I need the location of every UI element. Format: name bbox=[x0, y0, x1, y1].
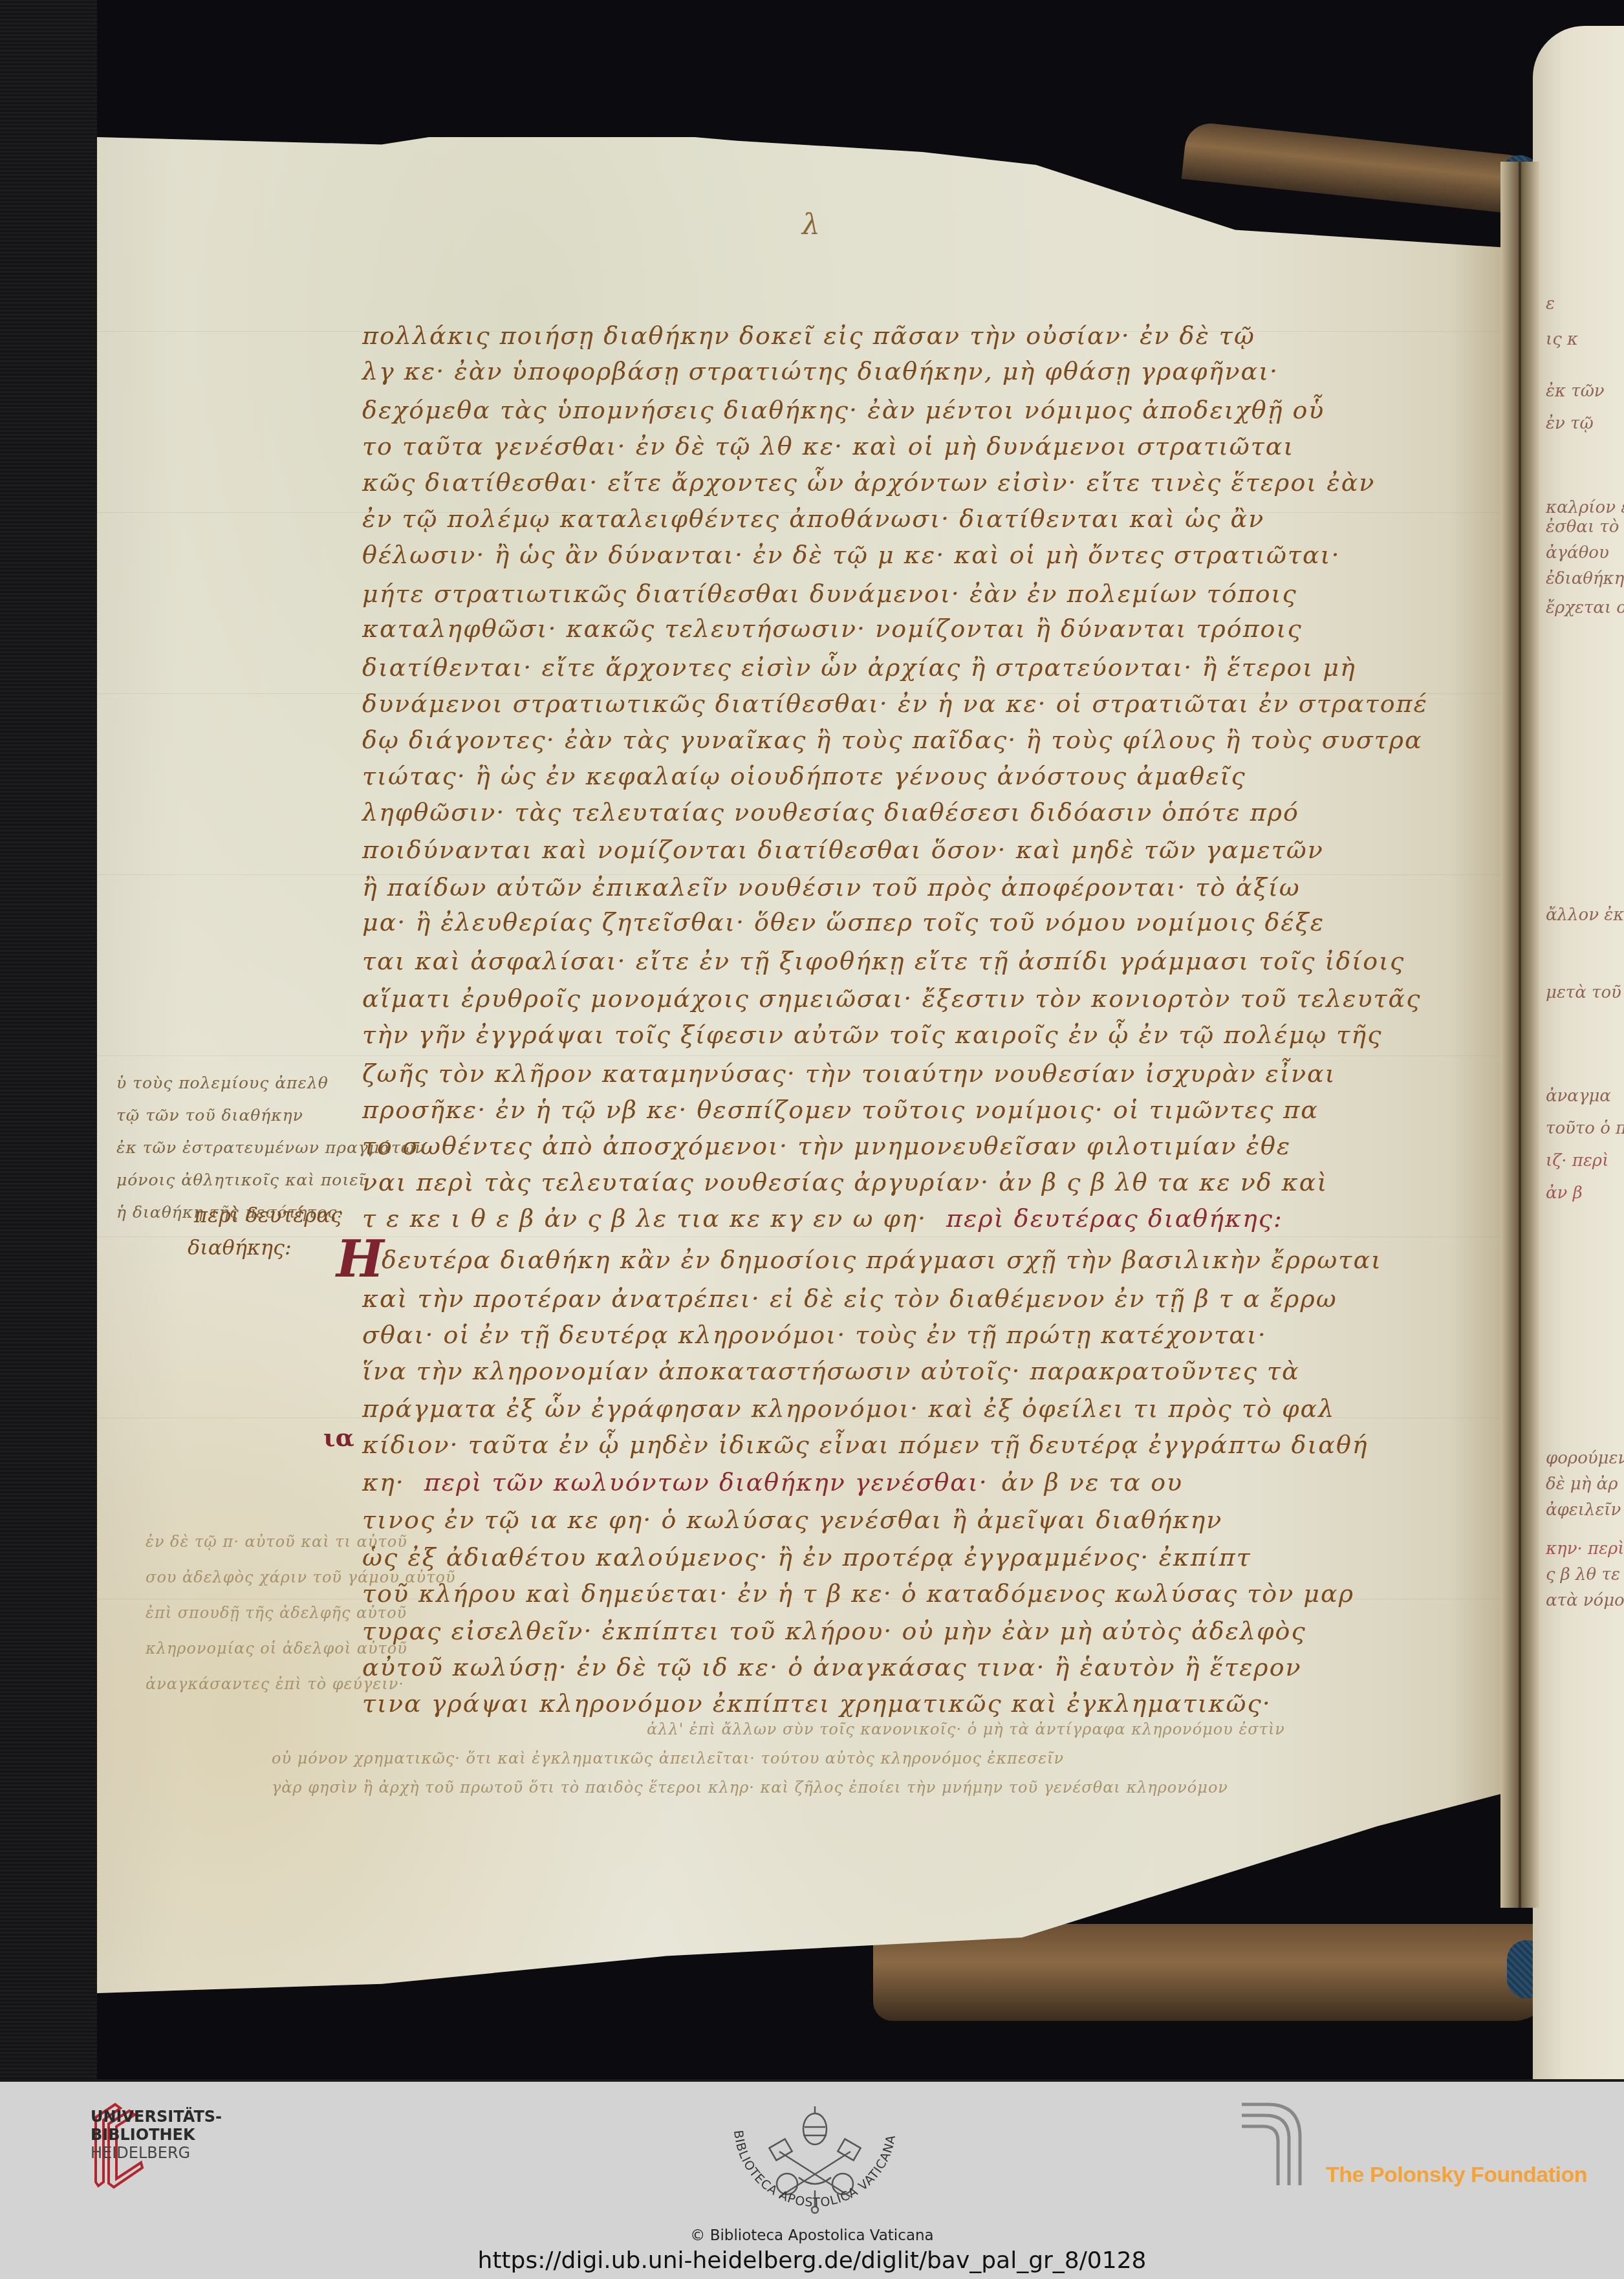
margin-note-line: ἐπὶ σπουδῇ τῆς ἀδελφῆς αὐτοῦ bbox=[146, 1604, 407, 1622]
line-text: τινος ἐν τῷ ια κε φη· ὁ κωλύσας γενέσθαι… bbox=[362, 1506, 1222, 1534]
margin-note-line: ἀναγκάσαντες ἐπὶ τὸ φεύγειν· bbox=[146, 1675, 404, 1693]
facing-page-line: ε bbox=[1546, 294, 1555, 314]
line-text: διατίθενται· εἴτε ἄρχοντες εἰσὶν ὧν ἀρχί… bbox=[362, 653, 1356, 682]
copyright-notice: © Biblioteca Apostolica Vaticana bbox=[0, 2227, 1624, 2244]
line-text: κίδιον· ταῦτα ἐν ᾧ μηδὲν ἰδικῶς εἶναι πό… bbox=[362, 1431, 1369, 1459]
viewer-footer: UNIVERSITÄTS- BIBLIOTHEK HEIDELBERG BIBL… bbox=[0, 2079, 1624, 2279]
background-cloth bbox=[0, 0, 97, 2079]
manuscript-line: κη·περὶ τῶν κωλυόντων διαθήκην γενέσθαι·… bbox=[362, 1468, 1183, 1496]
line-text: δεχόμεθα τὰς ὑπομνήσεις διαθήκης· ἐὰν μέ… bbox=[362, 396, 1325, 424]
margin-note-line: μόνοις ἀθλητικοῖς καὶ ποιεῖ bbox=[116, 1171, 365, 1189]
line-text: τινα γράψαι κληρονόμον ἐκπίπτει χρηματικ… bbox=[362, 1689, 1272, 1718]
manuscript-line: κῶς διατίθεσθαι· εἴτε ἄρχοντες ὧν ἀρχόντ… bbox=[362, 468, 1375, 497]
manuscript-line: τινα γράψαι κληρονόμον ἐκπίπτει χρηματικ… bbox=[362, 1689, 1272, 1718]
manuscript-line: μήτε στρατιωτικῶς διατίθεσθαι δυνάμενοι·… bbox=[362, 579, 1297, 608]
manuscript-line: καὶ τὴν προτέραν ἀνατρέπει· εἰ δὲ εἰς τὸ… bbox=[362, 1284, 1337, 1313]
manuscript-line: θέλωσιν· ἢ ὡς ἂν δύνανται· ἐν δὲ τῷ μ κε… bbox=[362, 541, 1341, 569]
line-text: θέλωσιν· ἢ ὡς ἂν δύνανται· ἐν δὲ τῷ μ κε… bbox=[362, 541, 1341, 569]
facing-page-line: ιζ· περὶ bbox=[1546, 1151, 1608, 1171]
manuscript-line: το σωθέντες ἀπὸ ἀποσχόμενοι· τὴν μνημονε… bbox=[362, 1132, 1291, 1160]
line-text: αὐτοῦ κωλύσῃ· ἐν δὲ τῷ ιδ κε· ὁ ἀναγκάσα… bbox=[362, 1653, 1302, 1681]
line-text: πολλάκις ποιήσῃ διαθήκην δοκεῖ εἰς πᾶσαν… bbox=[362, 321, 1255, 350]
ub-heidelberg-wordmark: UNIVERSITÄTS- BIBLIOTHEK HEIDELBERG bbox=[91, 2108, 222, 2162]
manuscript-line: τιώτας· ἢ ὡς ἐν κεφαλαίῳ οἱουδήποτε γένο… bbox=[362, 762, 1246, 790]
book-gutter bbox=[1500, 162, 1539, 1908]
line-reference: ἀν β νε τα ου bbox=[1001, 1468, 1183, 1496]
line-text: ποιδύνανται καὶ νομίζονται διατίθεσθαι ὅ… bbox=[362, 836, 1324, 864]
facing-page-line: ἀφειλεῖν bbox=[1546, 1500, 1621, 1520]
line-text: το σωθέντες ἀπὸ ἀποσχόμενοι· τὴν μνημονε… bbox=[362, 1132, 1291, 1160]
line-text: κῶς διατίθεσθαι· εἴτε ἄρχοντες ὧν ἀρχόντ… bbox=[362, 468, 1375, 497]
manuscript-line: καταληφθῶσι· κακῶς τελευτήσωσιν· νομίζον… bbox=[362, 614, 1303, 643]
facing-page-line: ατὰ νόμον bbox=[1546, 1591, 1624, 1610]
facing-page-line: καλρίον ἐπ bbox=[1546, 498, 1624, 517]
margin-note-line: ἐν δὲ τῷ π· αὐτοῦ καὶ τι αὐτοῦ bbox=[146, 1533, 407, 1551]
manuscript-line: δεχόμεθα τὰς ὑπομνήσεις διαθήκης· ἐὰν μέ… bbox=[362, 396, 1325, 424]
facing-page-line: ς β λθ τε bbox=[1546, 1565, 1620, 1584]
facing-page-line: μετὰ τοῦ bbox=[1546, 983, 1621, 1002]
manuscript-line: το ταῦτα γενέσθαι· ἐν δὲ τῷ λθ κε· καὶ ο… bbox=[362, 432, 1294, 460]
line-text: δυνάμενοι στρατιωτικῶς διατίθεσθαι· ἐν ἡ… bbox=[362, 689, 1428, 718]
line-text: ἵνα τὴν κληρονομίαν ἀποκαταστήσωσιν αὐτο… bbox=[362, 1357, 1300, 1385]
manuscript-line: τινος ἐν τῷ ια κε φη· ὁ κωλύσας γενέσθαι… bbox=[362, 1506, 1222, 1534]
line-text: ται καὶ ἀσφαλίσαι· εἴτε ἐν τῇ ξιφοθήκῃ ε… bbox=[362, 947, 1405, 975]
bottom-note-line: γὰρ φησὶν ἢ ἀρχὴ τοῦ πρωτοῦ ὅτι τὸ παιδὸ… bbox=[272, 1778, 1228, 1797]
margin-note-line: τῷ τῶν τοῦ διαθήκην bbox=[116, 1106, 303, 1125]
line-text: ἢ παίδων αὐτῶν ἐπικαλεῖν νουθέσιν τοῦ πρ… bbox=[362, 873, 1301, 902]
line-text: τυρας εἰσελθεῖν· ἐκπίπτει τοῦ κλήρου· οὐ… bbox=[362, 1617, 1306, 1645]
svg-text:BIBLIOTECA APOSTOLICA VATICANA: BIBLIOTECA APOSTOLICA VATICANA bbox=[731, 2130, 898, 2210]
line-text: ὡς ἐξ ἀδιαθέτου καλούμενος· ἢ ἐν προτέρᾳ… bbox=[362, 1543, 1251, 1572]
line-text: ληφθῶσιν· τὰς τελευταίας νουθεσίας διαθέ… bbox=[362, 798, 1299, 826]
margin-note-line: ἐκ τῶν ἐστρατευμένων πραγμάτων bbox=[116, 1138, 425, 1157]
line-text: κη· bbox=[362, 1468, 405, 1496]
line-text: μα· ἢ ἐλευθερίας ζητεῖσθαι· ὅθεν ὥσπερ τ… bbox=[362, 908, 1325, 936]
facing-page-line: ἀγάθου bbox=[1546, 543, 1609, 563]
vatican-library-crest-icon: BIBLIOTECA APOSTOLICA VATICANA bbox=[715, 2100, 915, 2236]
manuscript-line: ἵνα τὴν κληρονομίαν ἀποκαταστήσωσιν αὐτο… bbox=[362, 1357, 1300, 1385]
facing-page-line: ις κ bbox=[1546, 330, 1578, 349]
manuscript-line: λγ κε· ἐὰν ὑποφορβάσῃ στρατιώτης διαθήκη… bbox=[362, 357, 1279, 385]
manuscript-line: αἵματι ἐρυθροῖς μονομάχοις σημειῶσαι· ἔξ… bbox=[362, 984, 1422, 1013]
manuscript-line: μα· ἢ ἐλευθερίας ζητεῖσθαι· ὅθεν ὥσπερ τ… bbox=[362, 908, 1325, 936]
facing-page-line: ἐσθαι τὸ bbox=[1546, 517, 1619, 537]
manuscript-line: ὡς ἐξ ἀδιαθέτου καλούμενος· ἢ ἐν προτέρᾳ… bbox=[362, 1543, 1251, 1572]
line-text: δευτέρα διαθήκη κἂν ἐν δημοσίοις πράγμασ… bbox=[382, 1246, 1382, 1274]
facing-page-line: ἐν τῷ bbox=[1546, 414, 1594, 433]
facing-page-line: ἔρχεται οἱ bbox=[1546, 598, 1624, 618]
line-text: αἵματι ἐρυθροῖς μονομάχοις σημειῶσαι· ἔξ… bbox=[362, 984, 1422, 1013]
manuscript-line: πράγματα ἐξ ὧν ἐγράφησαν κληρονόμοι· καὶ… bbox=[362, 1394, 1335, 1423]
manuscript-line: τὴν γῆν ἐγγράψαι τοῖς ξίφεσιν αὐτῶν τοῖς… bbox=[362, 1021, 1382, 1049]
margin-title-line-1: περὶ δευτέρας bbox=[194, 1203, 342, 1227]
folio-number: λ bbox=[802, 208, 820, 241]
permalink-url[interactable]: https://digi.ub.uni-heidelberg.de/diglit… bbox=[0, 2247, 1624, 2274]
manuscript-line: προσῆκε· ἐν ἡ τῷ νβ κε· θεσπίζομεν τοῦτο… bbox=[362, 1096, 1319, 1124]
line-text: λγ κε· ἐὰν ὑποφορβάσῃ στρατιώτης διαθήκη… bbox=[362, 357, 1279, 385]
manuscript-line: αὐτοῦ κωλύσῃ· ἐν δὲ τῷ ιδ κε· ὁ ἀναγκάσα… bbox=[362, 1653, 1302, 1681]
margin-note-line: ὑ τοὺς πολεμίους ἀπελθ bbox=[116, 1074, 329, 1092]
facing-page-line: τοῦτο ὁ π bbox=[1546, 1119, 1624, 1138]
facing-page-line: ἐκ τῶν bbox=[1546, 382, 1605, 401]
manuscript-line: πολλάκις ποιήσῃ διαθήκην δοκεῖ εἰς πᾶσαν… bbox=[362, 321, 1255, 350]
facing-page: εις κἐκ τῶνἐν τῷκαλρίον ἐπἐσθαι τὸἀγάθου… bbox=[1533, 26, 1624, 2079]
polonsky-foundation-wordmark: The Polonsky Foundation bbox=[1326, 2163, 1587, 2188]
section-number: ια bbox=[323, 1423, 354, 1452]
line-text: τὴν γῆν ἐγγράψαι τοῖς ξίφεσιν αὐτῶν τοῖς… bbox=[362, 1021, 1382, 1049]
rubric-heading: περὶ τῶν κωλυόντων διαθήκην γενέσθαι· bbox=[424, 1468, 988, 1496]
manuscript-line: ληφθῶσιν· τὰς τελευταίας νουθεσίας διαθέ… bbox=[362, 798, 1299, 826]
facing-page-line: κην· περὶ bbox=[1546, 1539, 1624, 1559]
manuscript-line: διατίθενται· εἴτε ἄρχοντες εἰσὶν ὧν ἀρχί… bbox=[362, 653, 1356, 682]
facing-page-line: ἄλλον ἐκ bbox=[1546, 905, 1624, 925]
line-text: ἐν τῷ πολέμῳ καταλειφθέντες ἀποθάνωσι· δ… bbox=[362, 504, 1264, 533]
facing-page-line: ἀναγμα bbox=[1546, 1086, 1611, 1106]
line-text: καὶ τὴν προτέραν ἀνατρέπει· εἰ δὲ εἰς τὸ… bbox=[362, 1284, 1337, 1313]
manuscript-line: τ ε κε ι θ ε β ἀν ς β λε τια κε κγ εν ω … bbox=[362, 1204, 1283, 1233]
facing-page-line: δὲ μὴ ἀρ bbox=[1546, 1474, 1618, 1494]
margin-note-line: κληρονομίας οἱ ἀδελφοὶ αὐτοῦ bbox=[146, 1639, 407, 1658]
line-text: ναι περὶ τὰς τελευταίας νουθεσίας ἀργυρί… bbox=[362, 1168, 1328, 1196]
manuscript-line: δυνάμενοι στρατιωτικῶς διατίθεσθαι· ἐν ἡ… bbox=[362, 689, 1428, 718]
manuscript-line: ποιδύνανται καὶ νομίζονται διατίθεσθαι ὅ… bbox=[362, 836, 1324, 864]
manuscript-line: ἢ παίδων αὐτῶν ἐπικαλεῖν νουθέσιν τοῦ πρ… bbox=[362, 873, 1301, 902]
line-text: δῳ διάγοντες· ἐὰν τὰς γυναῖκας ἢ τοὺς πα… bbox=[362, 726, 1423, 754]
line-text: πράγματα ἐξ ὧν ἐγράφησαν κληρονόμοι· καὶ… bbox=[362, 1394, 1335, 1423]
manuscript-line: ἐν τῷ πολέμῳ καταλειφθέντες ἀποθάνωσι· δ… bbox=[362, 504, 1264, 533]
line-text: σθαι· οἱ ἐν τῇ δευτέρᾳ κληρονόμοι· τοὺς … bbox=[362, 1321, 1267, 1349]
manuscript-line: κίδιον· ταῦτα ἐν ᾧ μηδὲν ἰδικῶς εἶναι πό… bbox=[362, 1431, 1369, 1459]
manuscript-line: ται καὶ ἀσφαλίσαι· εἴτε ἐν τῇ ξιφοθήκῃ ε… bbox=[362, 947, 1405, 975]
rubric-heading: περὶ δευτέρας διαθήκης: bbox=[946, 1204, 1283, 1233]
polonsky-foundation-logo-icon bbox=[1239, 2098, 1316, 2188]
manuscript-line: ζωῆς τὸν κλῆρον καταμηνύσας· τὴν τοιαύτη… bbox=[362, 1059, 1336, 1088]
manuscript-line: Ηδευτέρα διαθήκη κἂν ἐν δημοσίοις πράγμα… bbox=[362, 1246, 1382, 1274]
margin-title-line-2: διαθήκης: bbox=[188, 1235, 292, 1260]
manuscript-line: τοῦ κλήρου καὶ δημεύεται· ἐν ἡ τ β κε· ὁ… bbox=[362, 1579, 1354, 1608]
manuscript-scan: εις κἐκ τῶνἐν τῷκαλρίον ἐπἐσθαι τὸἀγάθου… bbox=[0, 0, 1624, 2079]
manuscript-line: τυρας εἰσελθεῖν· ἐκπίπτει τοῦ κλήρου· οὐ… bbox=[362, 1617, 1306, 1645]
manuscript-line: δῳ διάγοντες· ἐὰν τὰς γυναῖκας ἢ τοὺς πα… bbox=[362, 726, 1423, 754]
decorated-initial: Η bbox=[336, 1230, 385, 1289]
facing-page-line: ἀν β bbox=[1546, 1183, 1583, 1203]
line-text: το ταῦτα γενέσθαι· ἐν δὲ τῷ λθ κε· καὶ ο… bbox=[362, 432, 1294, 460]
line-text: μήτε στρατιωτικῶς διατίθεσθαι δυνάμενοι·… bbox=[362, 579, 1297, 608]
margin-note-line: σου ἀδελφὸς χάριν τοῦ γάμου αὐτοῦ bbox=[146, 1568, 455, 1586]
facing-page-line: φορούμενοι bbox=[1546, 1449, 1624, 1468]
facing-page-line: ἐδιαθήκη bbox=[1546, 569, 1624, 589]
bottom-note-line: ἀλλ' ἐπὶ ἄλλων σὺν τοῖς κανονικοῖς· ὁ μὴ… bbox=[647, 1720, 1285, 1738]
line-text: τιώτας· ἢ ὡς ἐν κεφαλαίῳ οἱουδήποτε γένο… bbox=[362, 762, 1246, 790]
line-text: ζωῆς τὸν κλῆρον καταμηνύσας· τὴν τοιαύτη… bbox=[362, 1059, 1336, 1088]
manuscript-line: σθαι· οἱ ἐν τῇ δευτέρᾳ κληρονόμοι· τοὺς … bbox=[362, 1321, 1267, 1349]
manuscript-line: ναι περὶ τὰς τελευταίας νουθεσίας ἀργυρί… bbox=[362, 1168, 1328, 1196]
line-text: τοῦ κλήρου καὶ δημεύεται· ἐν ἡ τ β κε· ὁ… bbox=[362, 1579, 1354, 1608]
line-text: προσῆκε· ἐν ἡ τῷ νβ κε· θεσπίζομεν τοῦτο… bbox=[362, 1096, 1319, 1124]
line-text: τ ε κε ι θ ε β ἀν ς β λε τια κε κγ εν ω … bbox=[362, 1204, 927, 1233]
bottom-note-line: οὐ μόνον χρηματικῶς· ὅτι καὶ ἐγκληματικῶ… bbox=[272, 1749, 1064, 1767]
line-text: καταληφθῶσι· κακῶς τελευτήσωσιν· νομίζον… bbox=[362, 614, 1303, 643]
